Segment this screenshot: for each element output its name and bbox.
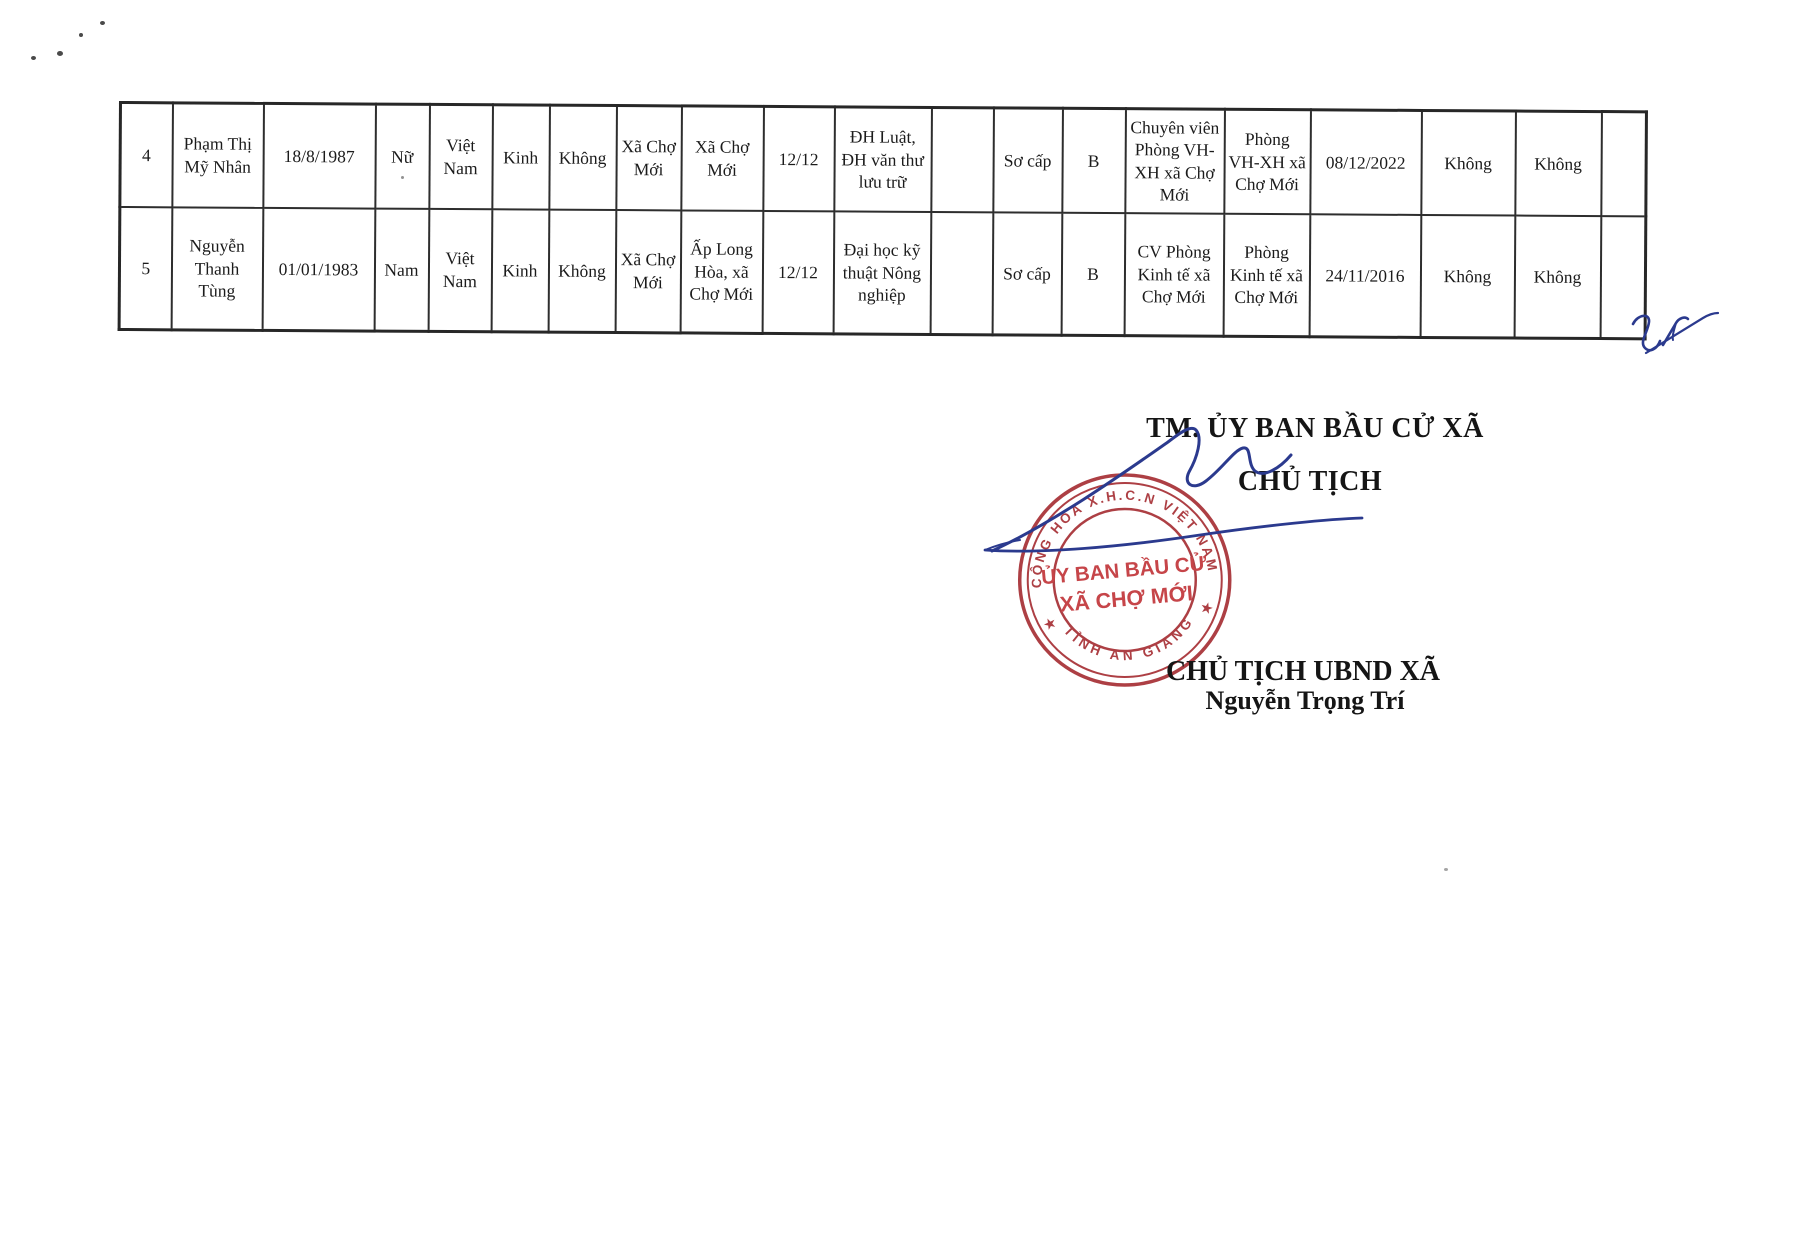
table-cell: B <box>1062 108 1126 212</box>
table-cell: 24/11/2016 <box>1309 214 1421 338</box>
ink-speck <box>79 33 83 37</box>
table-cell: ĐH Luật, ĐH văn thư lưu trữ <box>834 107 932 212</box>
table-cell: Nam <box>374 208 429 331</box>
table-cell: Chuyên viên Phòng VH-XH xã Chợ Mới <box>1125 109 1225 214</box>
table-cell: Không <box>1421 110 1516 215</box>
table-cell: B <box>1061 212 1125 335</box>
table-cell: 12/12 <box>762 210 834 333</box>
table-cell: Nữ <box>375 104 430 208</box>
signer-position: CHỦ TỊCH UBND XÃ <box>1166 656 1440 688</box>
table-cell: Không <box>548 209 616 332</box>
table-cell: 08/12/2022 <box>1310 110 1422 215</box>
ink-speck <box>100 21 105 25</box>
table-cell: Phòng Kinh tế xã Chợ Mới <box>1223 213 1310 337</box>
table-cell: Không <box>1515 111 1602 216</box>
table-cell: 01/01/1983 <box>262 207 375 331</box>
table-cell: Việt Nam <box>429 104 493 208</box>
table-cell: Ấp Long Hòa, xã Chợ Mới <box>680 210 763 333</box>
table-cell: 5 <box>119 207 172 330</box>
table-cell: Xã Chợ Mới <box>616 106 682 210</box>
table-cell: Xã Chợ Mới <box>681 106 764 210</box>
table-cell <box>1601 112 1647 216</box>
ink-speck <box>1444 868 1448 871</box>
personnel-table: 4Phạm Thị Mỹ Nhân18/8/1987NữViệt NamKinh… <box>118 101 1648 340</box>
table-body: 4Phạm Thị Mỹ Nhân18/8/1987NữViệt NamKinh… <box>119 103 1646 339</box>
stamp-star-right-icon: ★ <box>1198 599 1215 619</box>
table-cell: Đại học kỹ thuật Nông nghiệp <box>833 211 931 335</box>
table-cell <box>931 107 994 211</box>
table-cell: Kinh <box>491 209 549 332</box>
table-cell <box>930 211 993 334</box>
table-cell: Sơ cấp <box>992 212 1062 335</box>
table-row: 4Phạm Thị Mỹ Nhân18/8/1987NữViệt NamKinh… <box>120 103 1647 216</box>
table-cell: Phòng VH-XH xã Chợ Mới <box>1224 109 1311 214</box>
table-cell: Sơ cấp <box>993 108 1063 212</box>
table-cell: CV Phòng Kinh tế xã Chợ Mới <box>1124 213 1224 337</box>
signature-ink <box>960 410 1380 580</box>
table-cell: 12/12 <box>763 106 835 210</box>
table-cell: Việt Nam <box>428 208 492 331</box>
table-cell: Phạm Thị Mỹ Nhân <box>172 103 264 208</box>
table-cell: Không <box>1514 215 1601 339</box>
ink-speck <box>57 51 63 56</box>
table-cell: Xã Chợ Mới <box>615 210 681 333</box>
table-cell: Không <box>549 105 617 209</box>
table-row: 5Nguyễn Thanh Tùng01/01/1983NamViệt NamK… <box>119 207 1646 339</box>
table-cell: 18/8/1987 <box>263 103 376 208</box>
table-cell: Kinh <box>492 105 550 209</box>
document-page: 4Phạm Thị Mỹ Nhân18/8/1987NữViệt NamKinh… <box>0 0 1796 1241</box>
signer-name: Nguyễn Trọng Trí <box>1206 686 1405 716</box>
personnel-table-grid: 4Phạm Thị Mỹ Nhân18/8/1987NữViệt NamKinh… <box>118 101 1648 340</box>
table-cell: Nguyễn Thanh Tùng <box>171 207 263 331</box>
table-cell: Không <box>1420 214 1515 338</box>
pen-initial-mark <box>1612 303 1727 365</box>
table-cell: 4 <box>120 103 173 207</box>
ink-speck <box>31 56 36 60</box>
